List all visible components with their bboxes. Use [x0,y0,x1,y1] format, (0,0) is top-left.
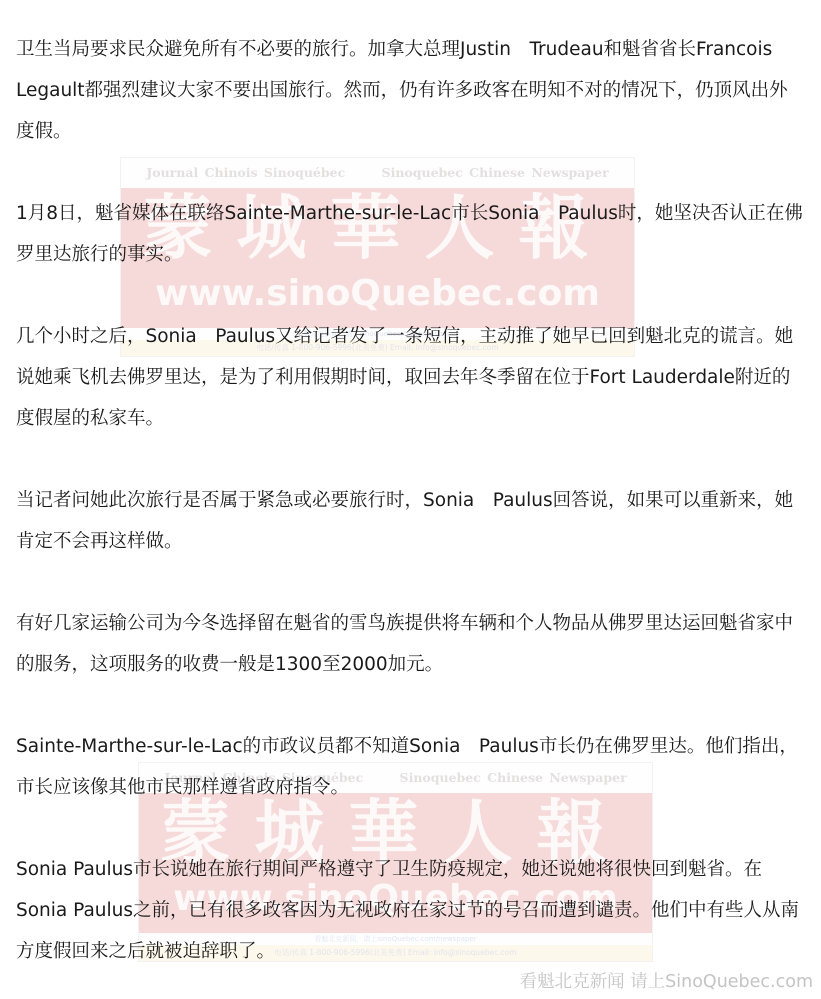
article-paragraph: 1月8日，魁省媒体在联络Sainte-Marthe-sur-le-Lac市长So… [16,193,806,275]
article-paragraph: 当记者问她此次旅行是否属于紧急或必要旅行时，Sonia Paulus回答说，如果… [16,480,806,562]
article-body: 卫生当局要求民众避免所有不必要的旅行。加拿大总理Justin Trudeau和魁… [16,29,806,972]
article-paragraph: Sainte-Marthe-sur-le-Lac的市政议员都不知道Sonia P… [16,726,806,808]
article-paragraph: 有好几家运输公司为今冬选择留在魁省的雪鸟族提供将车辆和个人物品从佛罗里达运回魁省… [16,603,806,685]
article-paragraph: 几个小时之后，Sonia Paulus又给记者发了一条短信，主动推了她早已回到魁… [16,316,806,439]
article-paragraph: 卫生当局要求民众避免所有不必要的旅行。加拿大总理Justin Trudeau和魁… [16,29,806,152]
source-credit: 看魁北克新闻 请上SinoQuebec.com [520,968,813,993]
article-paragraph: Sonia Paulus市长说她在旅行期间严格遵守了卫生防疫规定，她还说她将很快… [16,849,806,972]
